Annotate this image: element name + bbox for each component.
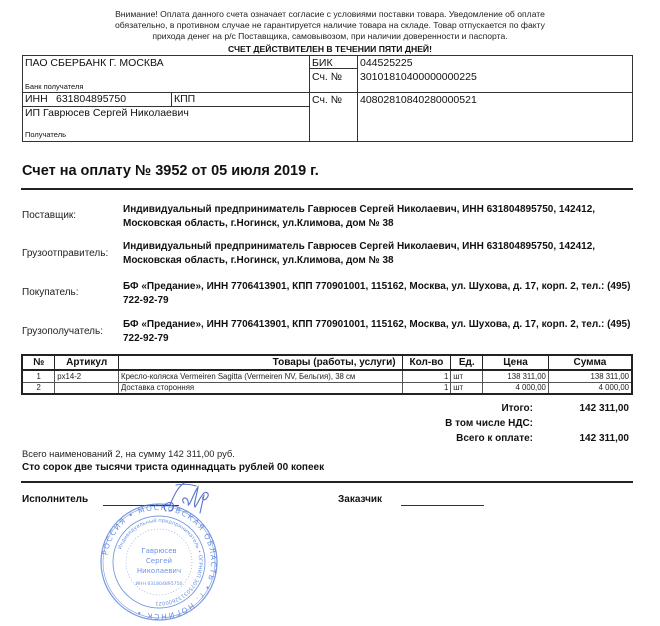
payment-notice: Внимание! Оплата данного счета означает … [70,9,590,42]
stamp-inn: ИНН 631804895750 [136,581,183,587]
stamp-name-line: Гаврюсев [141,547,176,555]
party-label: Поставщик: [22,210,76,221]
signature-icon [160,481,220,515]
account-value: 40802810840280000521 [360,94,477,106]
total-value: 142 311,00 [580,403,630,414]
party-label: Грузополучатель: [22,326,103,337]
customer-label: Заказчик [338,494,382,505]
col-header-qty: Кол-во [402,355,451,370]
divider [171,92,172,106]
recipient-label: Получатель [25,130,66,139]
row-name: Доставка сторонняя [119,382,403,394]
validity-notice: СЧЕТ ДЕЙСТВИТЕЛЕН В ТЕЧЕНИИ ПЯТИ ДНЕЙ! [0,44,660,54]
total-row: Итого: 142 311,00 [380,403,633,417]
due-label: Всего к оплате: [456,433,533,444]
notice-line: прихода денег на р/с Поставщика, самовыв… [70,31,590,42]
signature-rule [21,481,633,483]
row-sum: 4 000,00 [548,382,632,394]
row-number: 1 [22,370,55,382]
row-sum: 138 311,00 [548,370,632,382]
row-qty: 1 [402,370,451,382]
row-sku [55,382,119,394]
recipient-name: ИП Гаврюсев Сергей Николаевич [25,107,189,119]
row-price: 4 000,00 [483,382,549,394]
invoice-title: Счет на оплату № 3952 от 05 июля 2019 г. [22,163,319,179]
row-sku: px14-2 [55,370,119,382]
party-value: Индивидуальный предприниматель Гаврюсев … [123,203,633,230]
table-row: 1 px14-2 Кресло-коляска Vermeiren Sagitt… [22,370,632,382]
items-count-summary: Всего наименований 2, на сумму 142 311,0… [22,448,235,459]
items-table: № Артикул Товары (работы, услуги) Кол-во… [21,354,633,395]
seal-stamp-icon: РОССИЯ • МОСКОВСКАЯ ОБЛАСТЬ • г. НОГИНСК… [98,501,220,623]
corr-account-value: 30101810400000000225 [360,71,477,83]
total-label: Итого: [501,403,533,414]
account-label: Сч. № [312,94,342,106]
corr-account-label: Сч. № [312,71,342,83]
customer-signature-line [401,505,484,506]
row-qty: 1 [402,382,451,394]
inn-value: 631804895750 [56,93,126,105]
col-header-unit: Ед. [451,355,483,370]
vat-row: В том числе НДС: [380,418,633,432]
col-header-price: Цена [483,355,549,370]
title-rule [21,188,633,190]
notice-line: Внимание! Оплата данного счета означает … [70,9,590,20]
table-row: 2 Доставка сторонняя 1 шт 4 000,00 4 000… [22,382,632,394]
party-label: Покупатель: [22,287,79,298]
table-header-row: № Артикул Товары (работы, услуги) Кол-во… [22,355,632,370]
amount-in-words: Сто сорок две тысячи триста одиннадцать … [22,462,324,473]
bank-details-table: ПАО СБЕРБАНК Г. МОСКВА Банк получателя И… [22,55,633,142]
col-header-goods: Товары (работы, услуги) [119,355,403,370]
row-unit: шт [451,382,483,394]
divider [357,56,358,141]
row-name: Кресло-коляска Vermeiren Sagitta (Vermei… [119,370,403,382]
party-value: Индивидуальный предприниматель Гаврюсев … [123,240,633,267]
stamp-name-line: Николаевич [137,567,181,575]
row-number: 2 [22,382,55,394]
bik-label: БИК [312,57,333,69]
bik-value: 044525225 [360,57,413,69]
col-header-sku: Артикул [55,355,119,370]
party-value: БФ «Предание», ИНН 7706413901, КПП 77090… [123,280,633,307]
party-value: БФ «Предание», ИНН 7706413901, КПП 77090… [123,318,633,345]
stamp-name-line: Сергей [146,557,172,565]
col-header-number: № [22,355,55,370]
row-unit: шт [451,370,483,382]
inn-label: ИНН [25,93,48,105]
party-label: Грузоотправитель: [22,248,108,259]
kpp-label: КПП [174,93,195,105]
due-row: Всего к оплате: 142 311,00 [380,433,633,447]
row-price: 138 311,00 [483,370,549,382]
due-value: 142 311,00 [580,433,630,444]
col-header-sum: Сумма [548,355,632,370]
bank-name: ПАО СБЕРБАНК Г. МОСКВА [25,57,164,69]
bank-label: Банк получателя [25,82,83,91]
vat-label: В том числе НДС: [445,418,533,429]
notice-line: обязательно, в противном случае не гаран… [70,20,590,31]
executor-label: Исполнитель [22,494,88,505]
